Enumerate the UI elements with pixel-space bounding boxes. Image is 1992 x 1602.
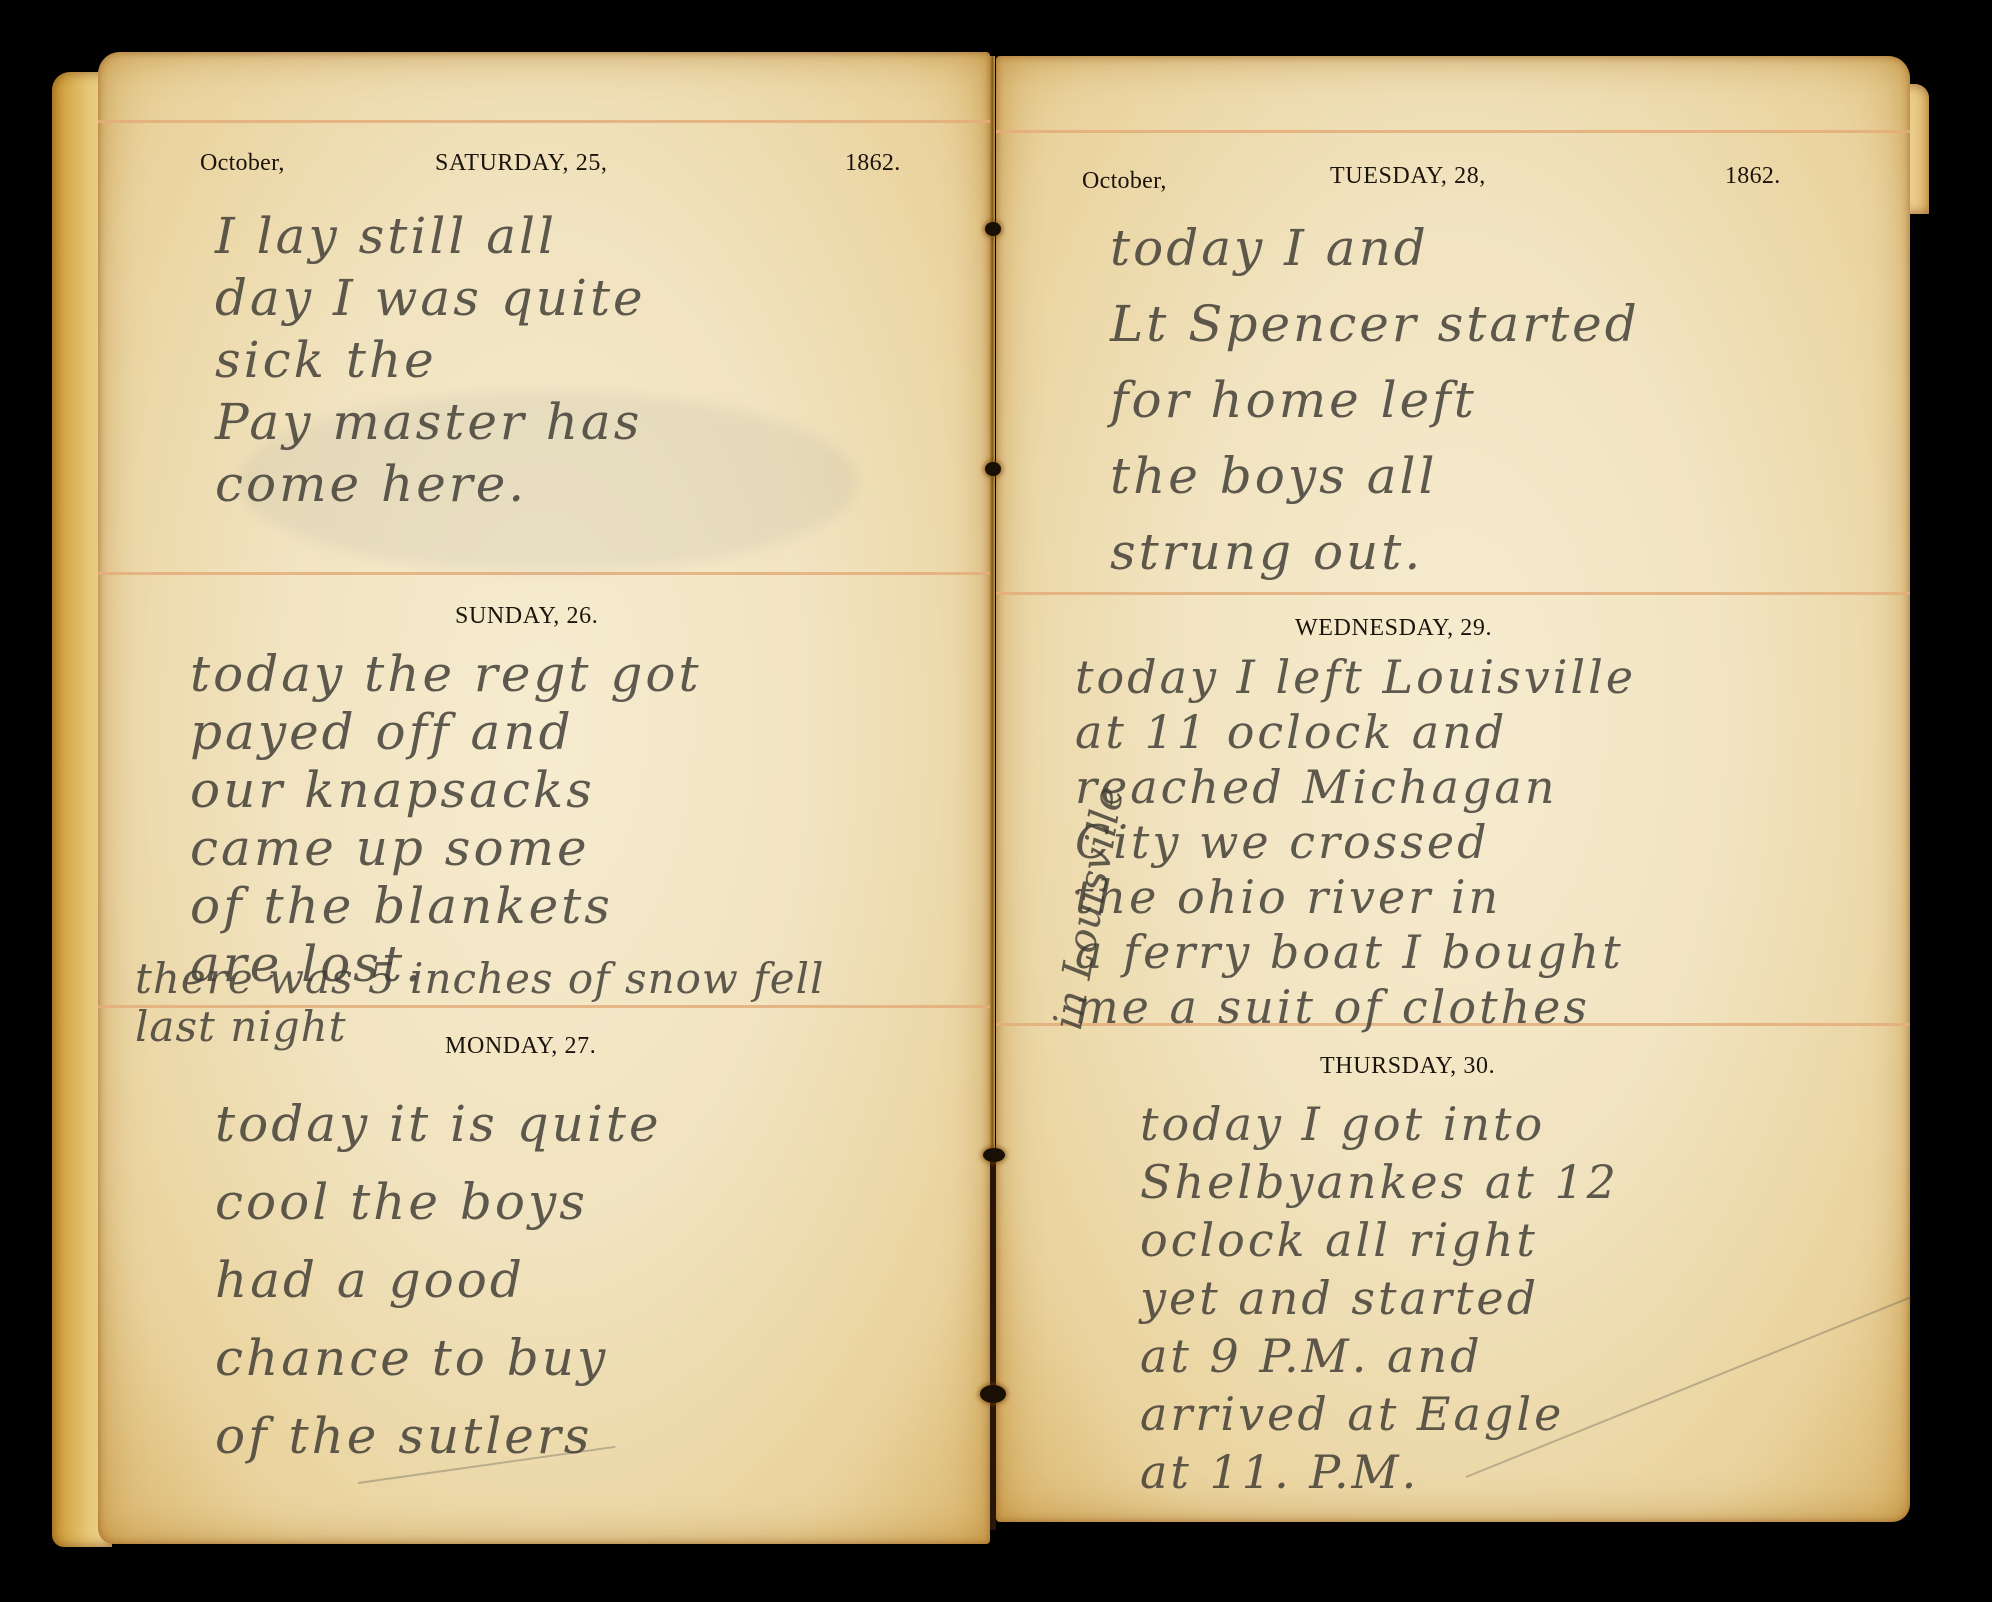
monday-entry-text: today it is quite cool the boys had a go… xyxy=(215,1085,662,1475)
sunday-entry-text: today the regt got payed off and our kna… xyxy=(190,645,702,993)
rule-line-middle xyxy=(98,572,990,575)
spine-gap xyxy=(990,1160,996,1530)
sunday-date-label: SUNDAY, 26. xyxy=(455,603,598,630)
rule-line-middle xyxy=(996,592,1910,595)
thursday-entry-text: today I got into Shelbyankes at 12 ocloc… xyxy=(1140,1095,1619,1501)
rule-line-top xyxy=(98,120,990,123)
left-month-label: October, xyxy=(200,150,285,177)
wednesday-entry-text: today I left Louisville at 11 oclock and… xyxy=(1075,650,1636,1035)
left-year-label: 1862. xyxy=(845,150,901,177)
wednesday-date-label: WEDNESDAY, 29. xyxy=(1295,615,1492,642)
right-month-label: October, xyxy=(1082,168,1167,195)
tuesday-date-label: TUESDAY, 28, xyxy=(1330,163,1486,190)
binding-hole xyxy=(983,1148,1005,1162)
thursday-date-label: THURSDAY, 30. xyxy=(1320,1053,1495,1080)
binding-hole xyxy=(980,1385,1006,1403)
rule-line-top xyxy=(996,130,1910,133)
binding-hole xyxy=(985,462,1001,476)
right-year-label: 1862. xyxy=(1725,163,1781,190)
saturday-entry-text: I lay still all day I was quite sick the… xyxy=(215,205,646,515)
tuesday-entry-text: today I and Lt Spencer started for home … xyxy=(1110,210,1640,590)
sunday-entry-snow-note: there was 5 inches of snow fell last nig… xyxy=(135,955,825,1051)
binding-hole xyxy=(985,222,1001,236)
saturday-date-label: SATURDAY, 25, xyxy=(435,150,608,177)
